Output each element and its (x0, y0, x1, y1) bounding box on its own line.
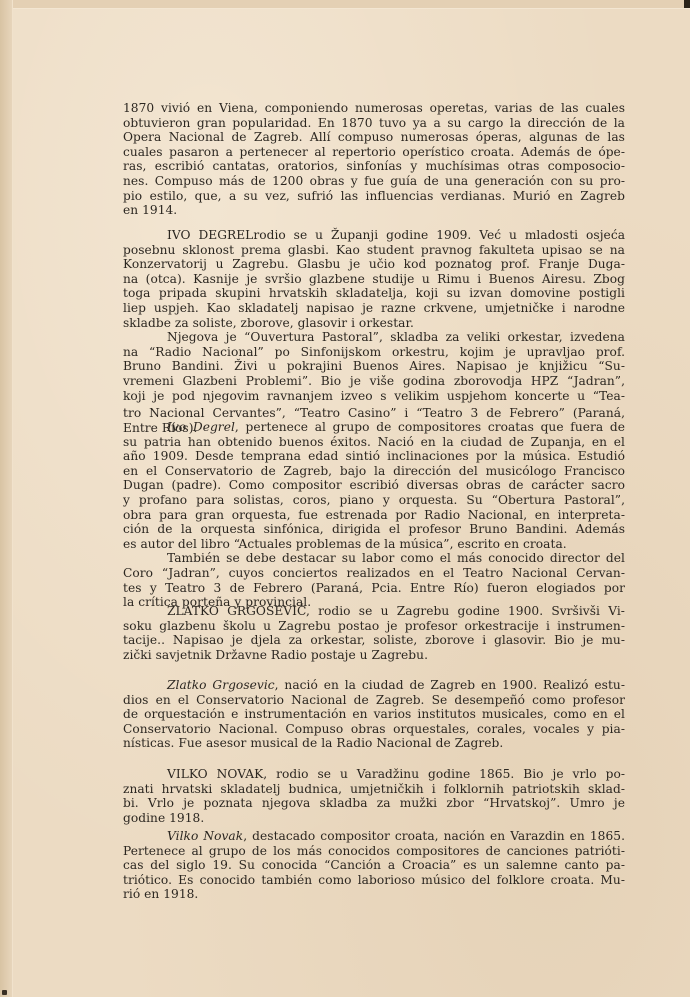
page-binding-edge (0, 0, 13, 997)
text-line: cas del siglo 19. Su conocida “Canción a… (123, 858, 625, 873)
text-line: Dugan (padre). Como compositor escribió … (123, 478, 625, 493)
text-line: zički savjetnik Državne Radio postaje u … (123, 648, 625, 663)
text-line: Pertenece al grupo de los más conocidos … (123, 844, 625, 859)
text-line: Conservatorio Nacional. Compuso obras or… (123, 722, 625, 737)
text-line: es autor del libro “Actuales problemas d… (123, 537, 625, 552)
paragraph-grgosevic-hr: ZLATKO GRGOŠEVIĆ, rodio se u Zagrebu god… (123, 604, 625, 662)
text-line: año 1909. Desde temprana edad sintió inc… (123, 449, 625, 464)
scan-corner-mark (684, 0, 690, 8)
text-line-lead: Ivo Degrel, pertenece al grupo de compos… (123, 420, 625, 435)
text-line-lead: Zlatko Grgosevic, nació en la ciudad de … (123, 678, 625, 693)
composer-name: VILKO NOVAK (167, 767, 263, 781)
text-line: de orquestación e instrumentación en var… (123, 707, 625, 722)
paragraph-zajc-es: 1870 vivió en Viena, componiendo numeros… (123, 101, 625, 218)
text-line: tes y Teatro 3 de Febrero (Paraná, Pcia.… (123, 581, 625, 596)
text-line: y profano para solistas, coros, piano y … (123, 493, 625, 508)
paragraph-degrel-hr: IVO DEGRELrodio se u Županji godine 1909… (123, 228, 625, 435)
text-line: en el Conservatorio de Zagreb, bajo la d… (123, 464, 625, 479)
scanned-page: 1870 vivió en Viena, componiendo numeros… (0, 0, 690, 997)
composer-name: IVO DEGREL (167, 228, 253, 242)
text-line: Bruno Bandini. Živi u pokrajini Buenos A… (123, 359, 625, 374)
text-line: znati hrvatski skladatelj budnica, umjet… (123, 782, 625, 797)
text-line: su patria han obtenido buenos éxitos. Na… (123, 435, 625, 450)
text-line: obtuvieron gran popularidad. En 1870 tuv… (123, 116, 625, 131)
composer-name: Vilko Novak (167, 829, 243, 843)
text-line: posebnu sklonost prema glasbi. Kao stude… (123, 243, 625, 258)
text-line: tacije.. Napisao je djela za orkestar, s… (123, 633, 625, 648)
text-line: liep uspjeh. Kao skladatelj napisao je r… (123, 301, 625, 316)
composer-name: Zlatko Grgosevic (167, 678, 275, 692)
text-line: nes. Compuso más de 1200 obras y fue guí… (123, 174, 625, 189)
text-line-lead: Vilko Novak, destacado compositor croata… (123, 829, 625, 844)
text-line: Konzervatorij u Zagrebu. Glasbu je učio … (123, 257, 625, 272)
text-line: tro Nacional Cervantes”, “Teatro Casino”… (123, 406, 625, 421)
text-line: koji je pod njegovim ravnanjem izveo s v… (123, 389, 625, 404)
text-line: nísticas. Fue asesor musical de la Radio… (123, 736, 625, 751)
text-line: obra para gran orquesta, fue estrenada p… (123, 508, 625, 523)
paragraph-novak-es: Vilko Novak, destacado compositor croata… (123, 829, 625, 902)
text-line: pio estilo, que, a su vez, sufrió las in… (123, 189, 625, 204)
text-line: cuales pasaron a pertenecer al repertori… (123, 145, 625, 160)
scan-corner-mark-bottom (2, 990, 7, 995)
text-line: dios en el Conservatorio Nacional de Zag… (123, 693, 625, 708)
text-line: rió en 1918. (123, 887, 625, 902)
text-line: godine 1918. (123, 811, 625, 826)
text-line: bi. Vrlo je poznata njegova skladba za m… (123, 796, 625, 811)
text-line: en 1914. (123, 203, 625, 218)
text-line-lead: ZLATKO GRGOŠEVIĆ, rodio se u Zagrebu god… (123, 604, 625, 619)
text-line: triótico. Es conocido también como labor… (123, 873, 625, 888)
paragraph-grgosevic-es: Zlatko Grgosevic, nació en la ciudad de … (123, 678, 625, 751)
text-line: toga pripada skupini hrvatskih skladatel… (123, 286, 625, 301)
page-top-edge (0, 0, 690, 9)
paragraph-novak-hr: VILKO NOVAK, rodio se u Varadžinu godine… (123, 767, 625, 825)
text-line-lead: IVO DEGRELrodio se u Županji godine 1909… (123, 228, 625, 243)
text-line: vremeni Glazbeni Problemi”. Bio je više … (123, 374, 625, 389)
text-line: ras, escribió cantatas, oratorios, sinfo… (123, 159, 625, 174)
text-line: na (otca). Kasnije je svršio glazbene st… (123, 272, 625, 287)
text-line: También se debe destacar su labor como e… (123, 551, 625, 566)
text-line: ción de la orquesta sinfónica, dirigida … (123, 522, 625, 537)
text-line: Opera Nacional de Zagreb. Allí compuso n… (123, 130, 625, 145)
text-line-lead: VILKO NOVAK, rodio se u Varadžinu godine… (123, 767, 625, 782)
text-line: 1870 vivió en Viena, componiendo numeros… (123, 101, 625, 116)
text-line: soku glazbenu školu u Zagrebu postao je … (123, 619, 625, 634)
text-line: na “Radio Nacional” po Sinfonijskom orke… (123, 345, 625, 360)
composer-name: Ivo Degrel (167, 420, 235, 434)
text-line: skladbe za soliste, zborove, glasovir i … (123, 316, 625, 331)
composer-name: ZLATKO GRGOŠEVIĆ (167, 604, 306, 618)
text-line: Coro “Jadran”, cuyos conciertos realizad… (123, 566, 625, 581)
paragraph-degrel-es: Ivo Degrel, pertenece al grupo de compos… (123, 420, 625, 610)
text-line: Njegova je “Ouvertura Pastoral”, skladba… (123, 330, 625, 345)
